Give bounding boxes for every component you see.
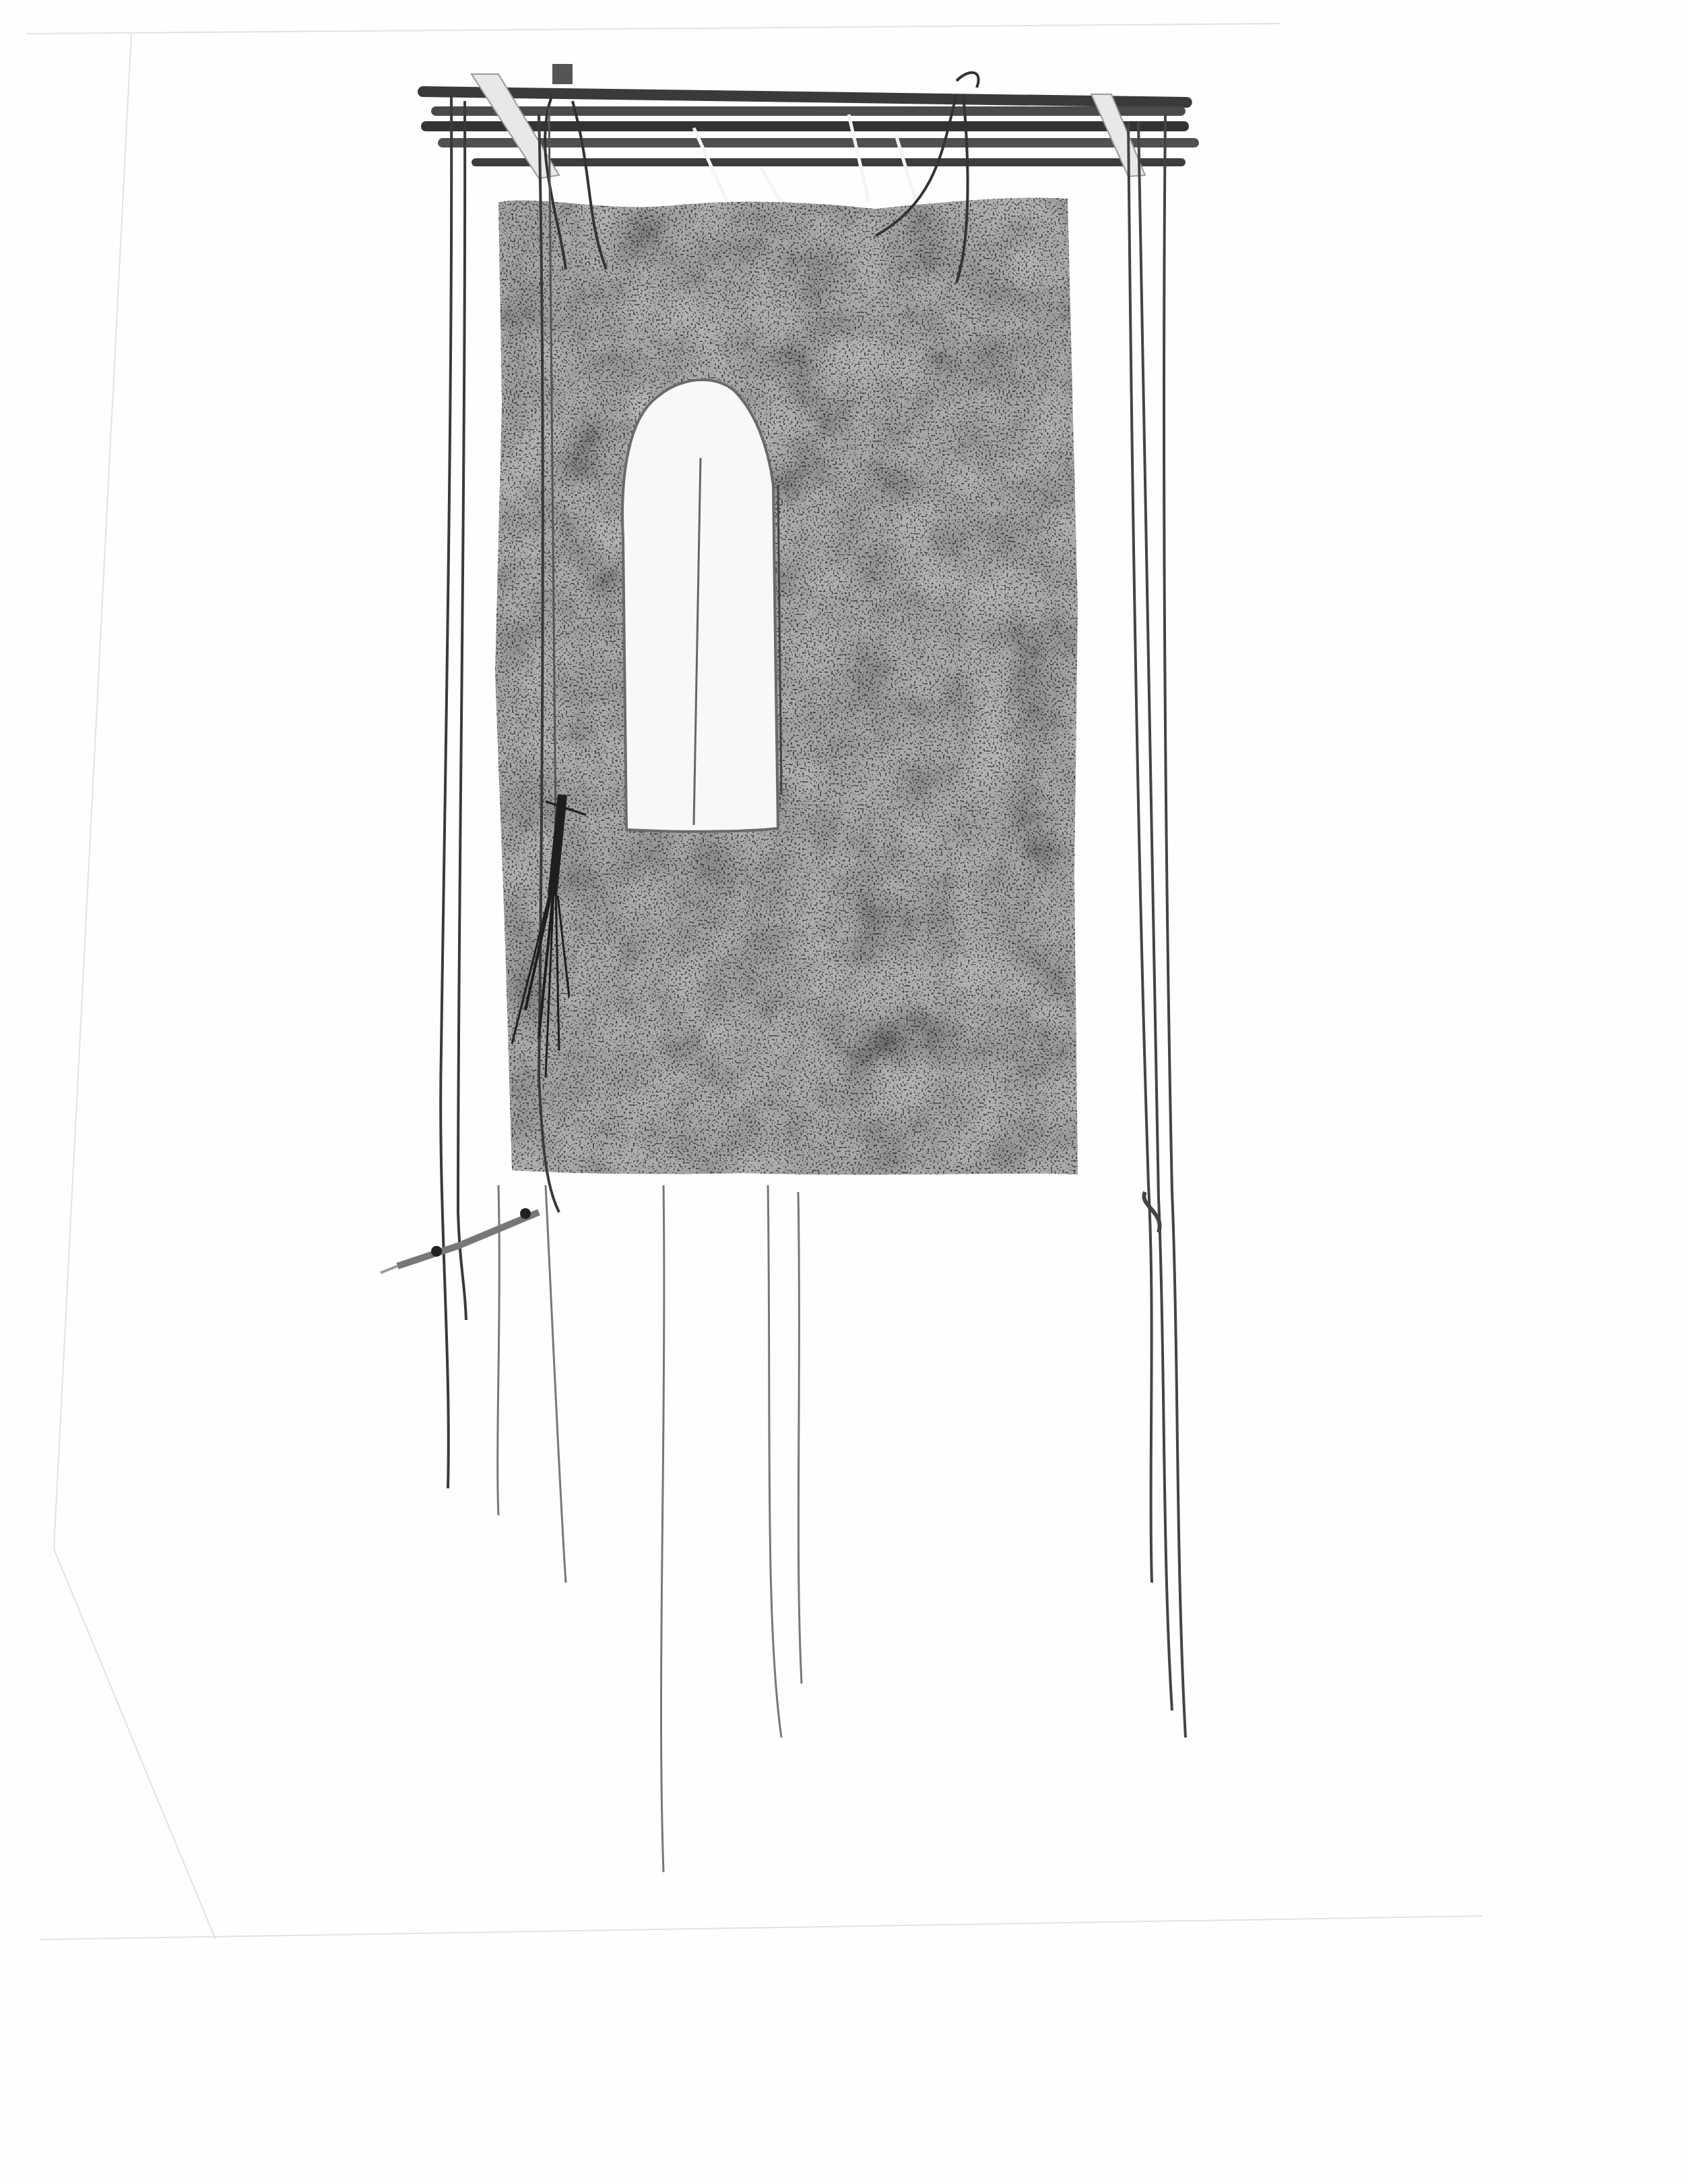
right-hanging-strings	[1128, 114, 1186, 1738]
hanging-rods	[418, 64, 1199, 202]
rod	[472, 158, 1186, 166]
string	[1164, 114, 1186, 1738]
string	[661, 1185, 664, 1872]
bottom-hanging-strings	[498, 1185, 802, 1872]
rod	[431, 106, 1186, 116]
string	[441, 94, 451, 1488]
string	[546, 1185, 566, 1583]
arch-window-cutout	[622, 380, 781, 832]
paper-sheet	[472, 189, 1091, 1185]
string	[798, 1192, 802, 1684]
rod	[418, 86, 1192, 108]
string	[498, 1185, 500, 1515]
string	[1128, 121, 1152, 1583]
rod	[438, 138, 1199, 147]
string	[768, 1185, 781, 1738]
string	[458, 101, 466, 1320]
rod	[421, 121, 1189, 131]
wall-hanging-artwork	[0, 0, 1686, 2184]
